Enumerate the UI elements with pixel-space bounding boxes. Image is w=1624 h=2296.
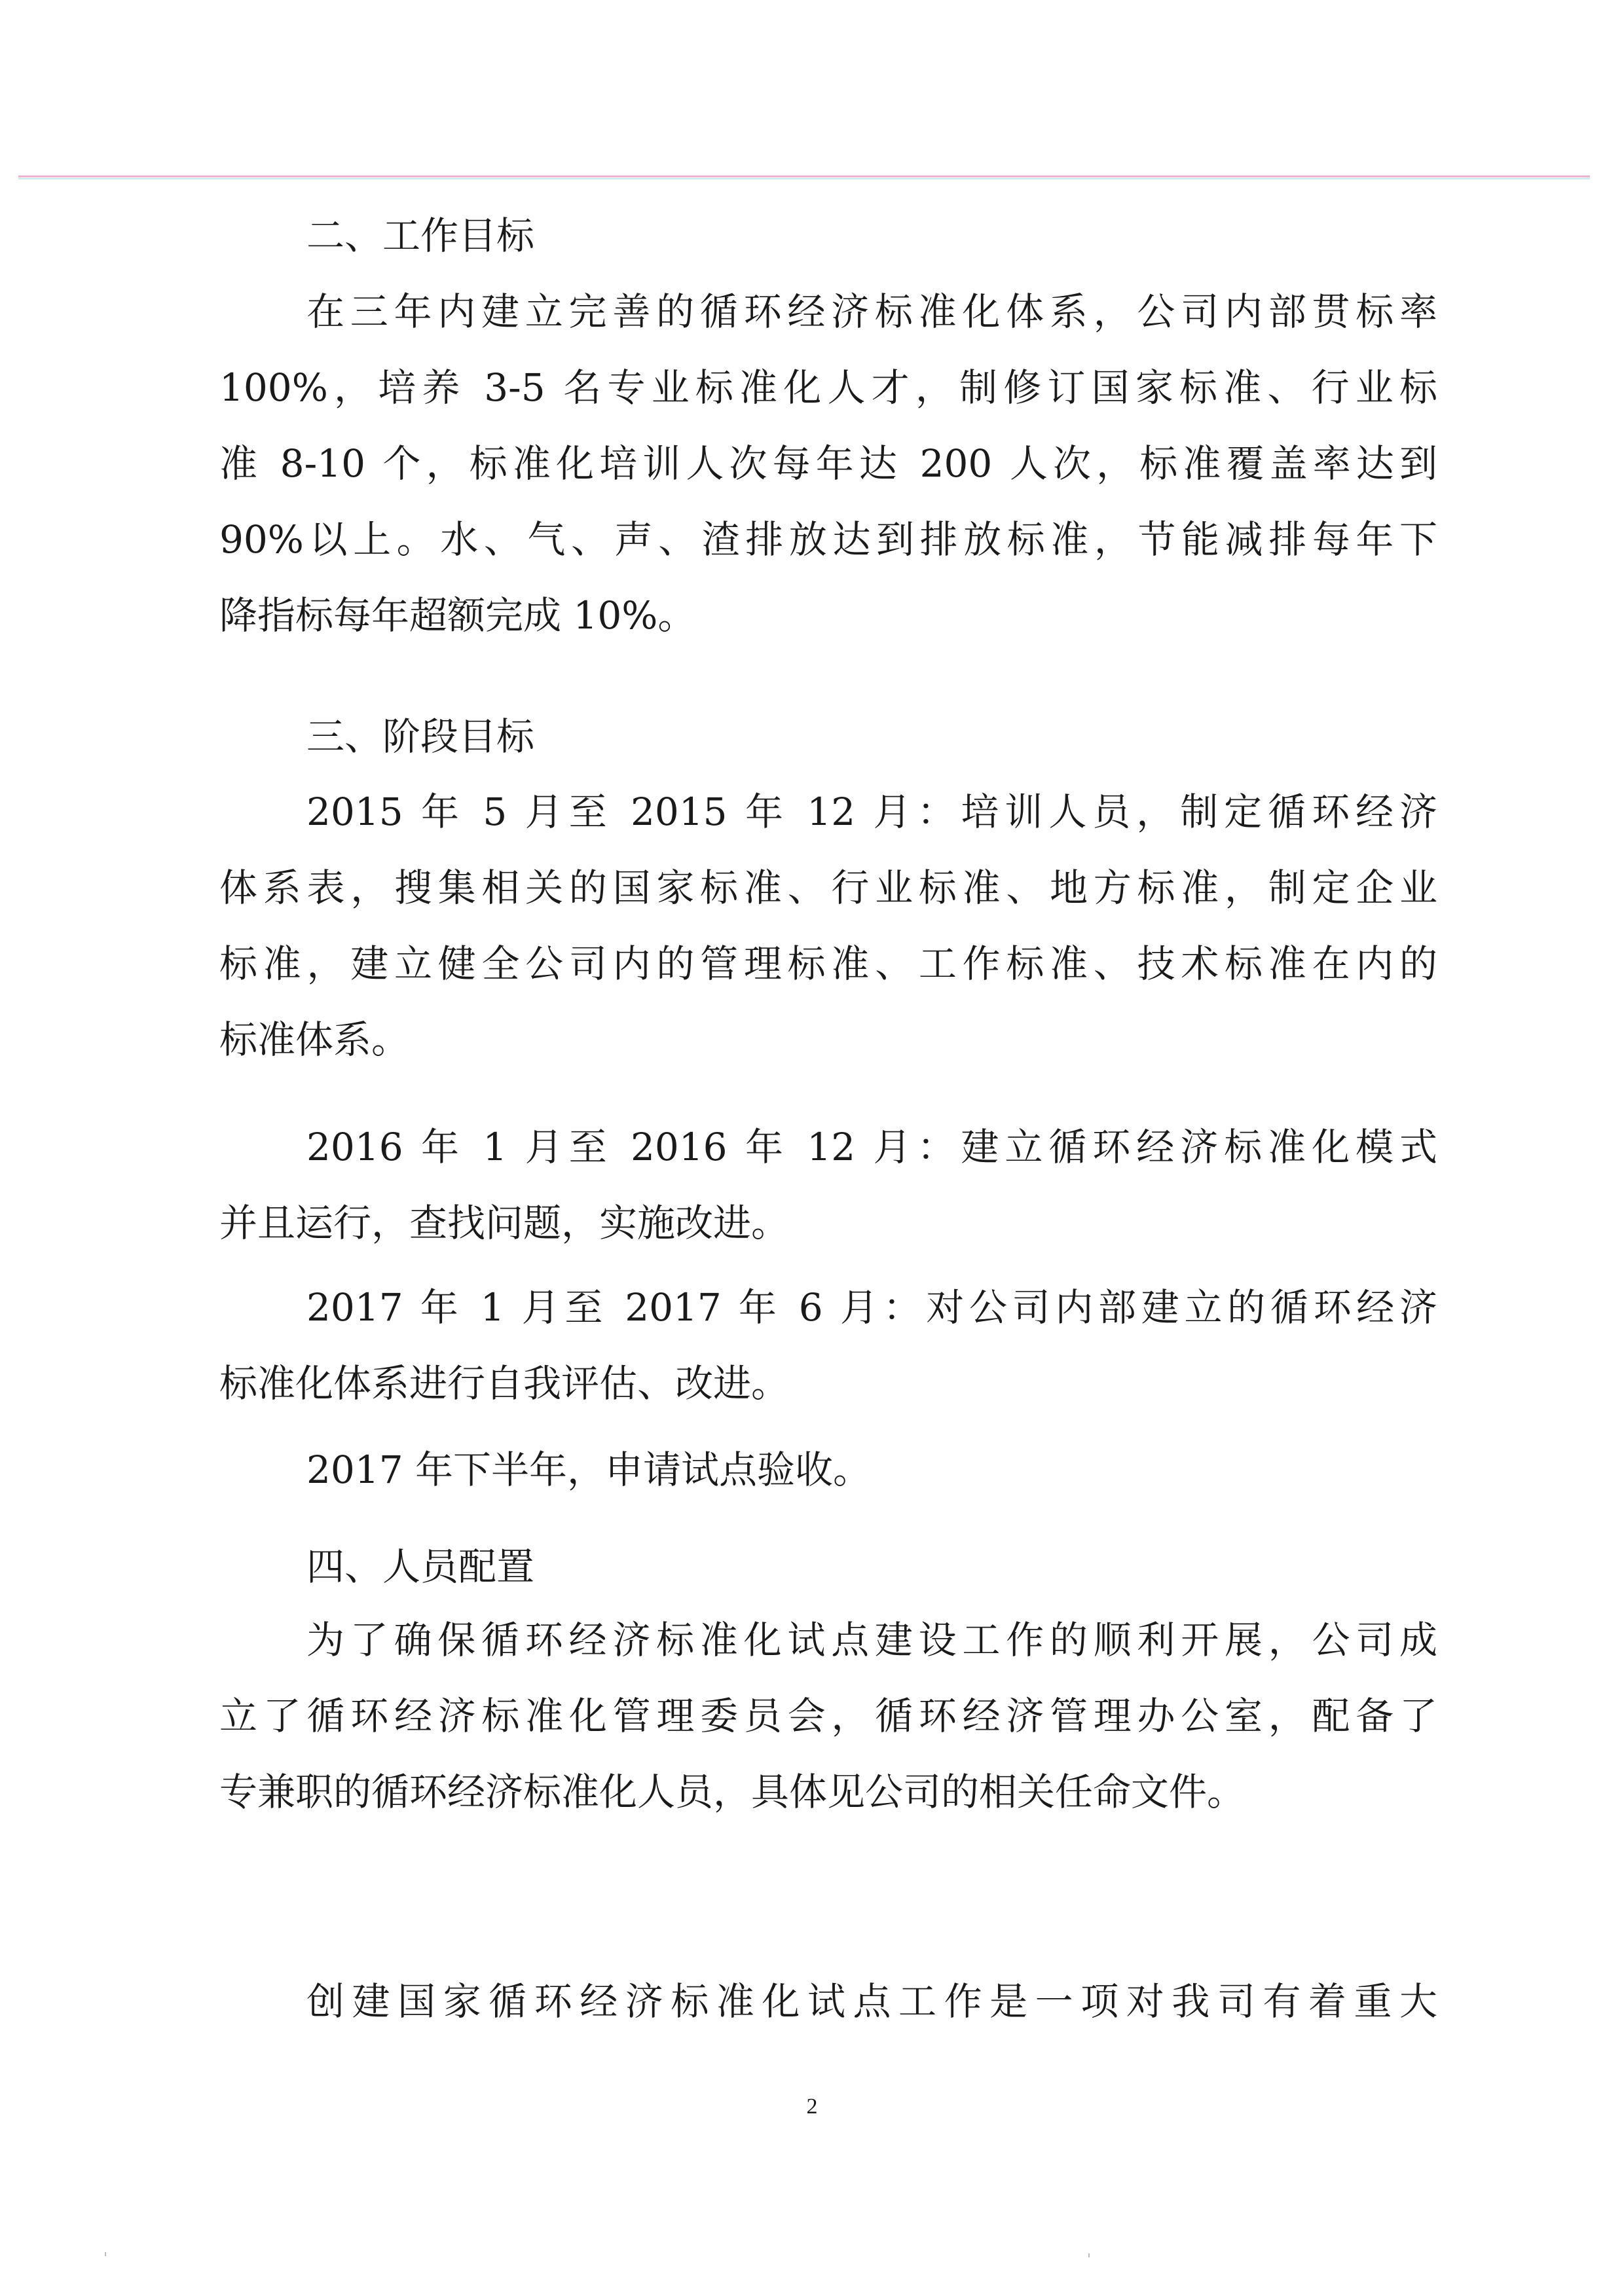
scan-artifact-mark xyxy=(1088,2253,1090,2257)
paragraph-line: 在三年内建立完善的循环经济标准化体系，公司内部贯标率 xyxy=(306,289,1437,335)
paragraph-line: 标准，建立健全公司内的管理标准、工作标准、技术标准在内的 xyxy=(219,941,1437,987)
paragraph-line: 2017 年 1 月至 2017 年 6 月：对公司内部建立的循环经济 xyxy=(306,1285,1437,1330)
paragraph-line: 100%，培养 3-5 名专业标准化人才，制修订国家标准、行业标 xyxy=(219,365,1437,410)
page-number: 2 xyxy=(786,2094,838,2120)
paragraph-line: 降指标每年超额完成 10%。 xyxy=(219,592,695,638)
paragraph-line: 立了循环经济标准化管理委员会，循环经济管理办公室，配备了 xyxy=(219,1693,1437,1739)
closing-paragraph-line: 创建国家循环经济标准化试点工作是一项对我司有着重大 xyxy=(306,1978,1437,2024)
paragraph-line: 标准化体系进行自我评估、改进。 xyxy=(219,1360,789,1406)
section-heading-work-goals: 二、工作目标 xyxy=(306,213,534,259)
paragraph-line: 标准体系。 xyxy=(219,1017,409,1063)
paragraph-line: 为了确保循环经济标准化试点建设工作的顺利开展，公司成 xyxy=(306,1617,1437,1663)
paragraph-line: 2016 年 1 月至 2016 年 12 月：建立循环经济标准化模式 xyxy=(306,1124,1437,1170)
paragraph-line: 准 8-10 个，标准化培训人次每年达 200 人次，标准覆盖率达到 xyxy=(219,441,1437,486)
section-heading-stage-goals: 三、阶段目标 xyxy=(306,714,534,759)
header-divider xyxy=(18,175,1590,182)
header-divider-cyan-line xyxy=(18,178,1590,179)
paragraph-line: 2015 年 5 月至 2015 年 12 月：培训人员，制定循环经济 xyxy=(306,789,1437,835)
section-heading-staffing: 四、人员配置 xyxy=(306,1544,534,1590)
paragraph-line: 体系表，搜集相关的国家标准、行业标准、地方标准，制定企业 xyxy=(219,865,1437,911)
paragraph-line: 2017 年下半年，申请试点验收。 xyxy=(306,1447,871,1493)
scan-artifact-mark xyxy=(105,2252,106,2256)
header-divider-pink-line xyxy=(18,175,1590,177)
paragraph-line: 90%以上。水、气、声、渣排放达到排放标准，节能减排每年下 xyxy=(219,517,1437,562)
paragraph-line: 专兼职的循环经济标准化人员，具体见公司的相关任命文件。 xyxy=(219,1769,1245,1815)
paragraph-line: 并且运行，查找问题，实施改进。 xyxy=(219,1200,789,1246)
document-page: 二、工作目标 在三年内建立完善的循环经济标准化体系，公司内部贯标率 100%，培… xyxy=(0,0,1624,2296)
